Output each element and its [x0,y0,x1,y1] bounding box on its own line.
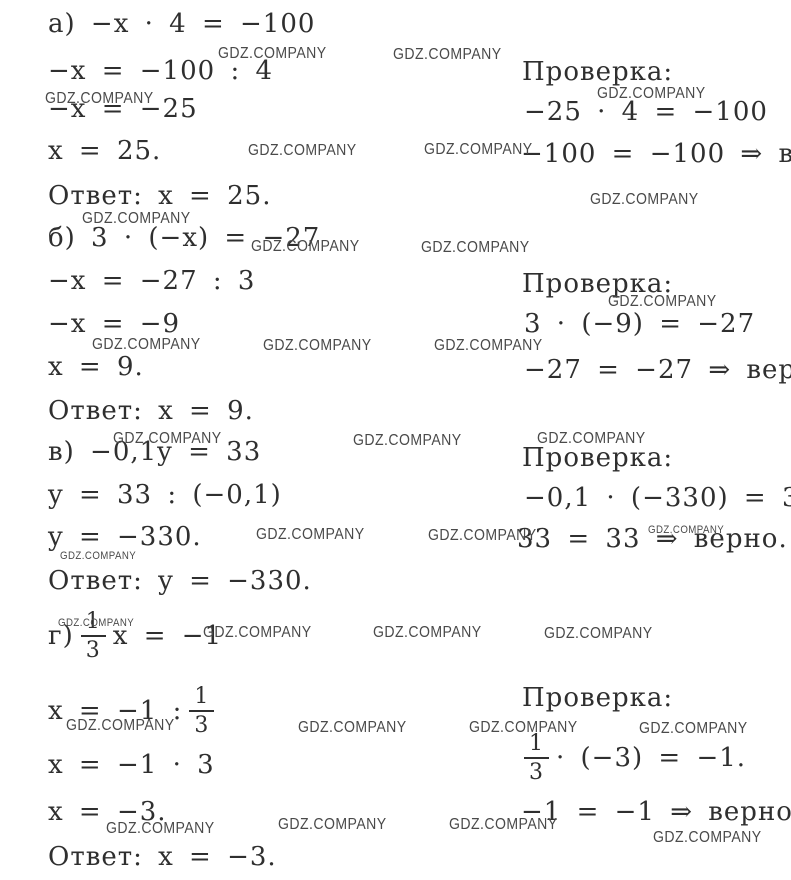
frac-suffix: · (−3) = −1. [556,745,746,771]
watermark-text: GDZ.COMPANY [544,626,653,642]
watermark-text: GDZ.COMPANY [537,431,646,447]
watermark-text: GDZ.COMPANY [82,211,191,227]
watermark-text: GDZ.COMPANY [421,240,530,256]
equation-line: а) −x · 4 = −100 [48,11,315,37]
answer-line: Ответ: y = −330. [48,568,312,594]
watermark-text: GDZ.COMPANY [106,821,215,837]
check-line: −0,1 · (−330) = 33 [524,485,791,511]
equation-line: −x = −27 : 3 [48,268,255,294]
check-title: Проверка: [522,685,673,711]
watermark-text: GDZ.COMPANY [469,720,578,736]
watermark-text: GDZ.COMPANY [424,142,533,158]
watermark-text: GDZ.COMPANY [373,625,482,641]
watermark-text: GDZ.COMPANY [113,431,222,447]
check-line: −1 = −1 ⇒ верно. [521,799,791,825]
watermark-text: GDZ.COMPANY [256,527,365,543]
check-line: 3 · (−9) = −27 [524,311,755,337]
watermark-text: GDZ.COMPANY [449,817,558,833]
equation-line: y = −330. [48,524,202,550]
watermark-text: GDZ.COMPANY [58,618,134,629]
equation-line: −x = −9 [48,311,180,337]
check-title: Проверка: [522,445,673,471]
math-worksheet-page: { "page": { "background": "#ffffff", "te… [0,0,791,880]
fraction: 1 3 [524,732,549,785]
equation-line: г) 1 3 x = −1 [48,606,222,666]
answer-line: Ответ: x = 25. [48,183,271,209]
answer-line: Ответ: x = −3. [48,844,277,870]
check-title: Проверка: [522,59,673,85]
check-line: −25 · 4 = −100 [524,99,768,125]
watermark-text: GDZ.COMPANY [218,46,327,62]
watermark-text: GDZ.COMPANY [92,337,201,353]
fraction-denominator: 3 [194,712,209,738]
fraction-denominator: 3 [529,759,544,785]
check-line: −100 = −100 ⇒ верно. [521,141,791,167]
fraction-denominator: 3 [86,637,101,663]
watermark-text: GDZ.COMPANY [653,830,762,846]
watermark-text: GDZ.COMPANY [393,47,502,63]
watermark-text: GDZ.COMPANY [428,528,537,544]
check-line: 1 3 · (−3) = −1. [524,728,746,788]
check-line: −27 = −27 ⇒ верно. [524,357,791,383]
equation-line: x = 25. [48,138,161,164]
watermark-text: GDZ.COMPANY [353,433,462,449]
watermark-text: GDZ.COMPANY [60,551,136,562]
watermark-text: GDZ.COMPANY [639,721,748,737]
fraction: 1 3 [189,685,214,738]
watermark-text: GDZ.COMPANY [45,91,154,107]
equation-line: x = 9. [48,354,144,380]
watermark-text: GDZ.COMPANY [248,143,357,159]
watermark-text: GDZ.COMPANY [66,718,175,734]
watermark-text: GDZ.COMPANY [203,625,312,641]
watermark-text: GDZ.COMPANY [251,239,360,255]
equation-line: y = 33 : (−0,1) [48,482,282,508]
watermark-text: GDZ.COMPANY [278,817,387,833]
watermark-text: GDZ.COMPANY [263,338,372,354]
watermark-text: GDZ.COMPANY [590,192,699,208]
watermark-text: GDZ.COMPANY [597,86,706,102]
watermark-text: GDZ.COMPANY [648,525,724,536]
watermark-text: GDZ.COMPANY [434,338,543,354]
fraction-numerator: 1 [189,685,214,712]
answer-line: Ответ: x = 9. [48,398,254,424]
watermark-text: GDZ.COMPANY [608,294,717,310]
equation-line: x = −1 · 3 [48,752,215,778]
watermark-text: GDZ.COMPANY [298,720,407,736]
